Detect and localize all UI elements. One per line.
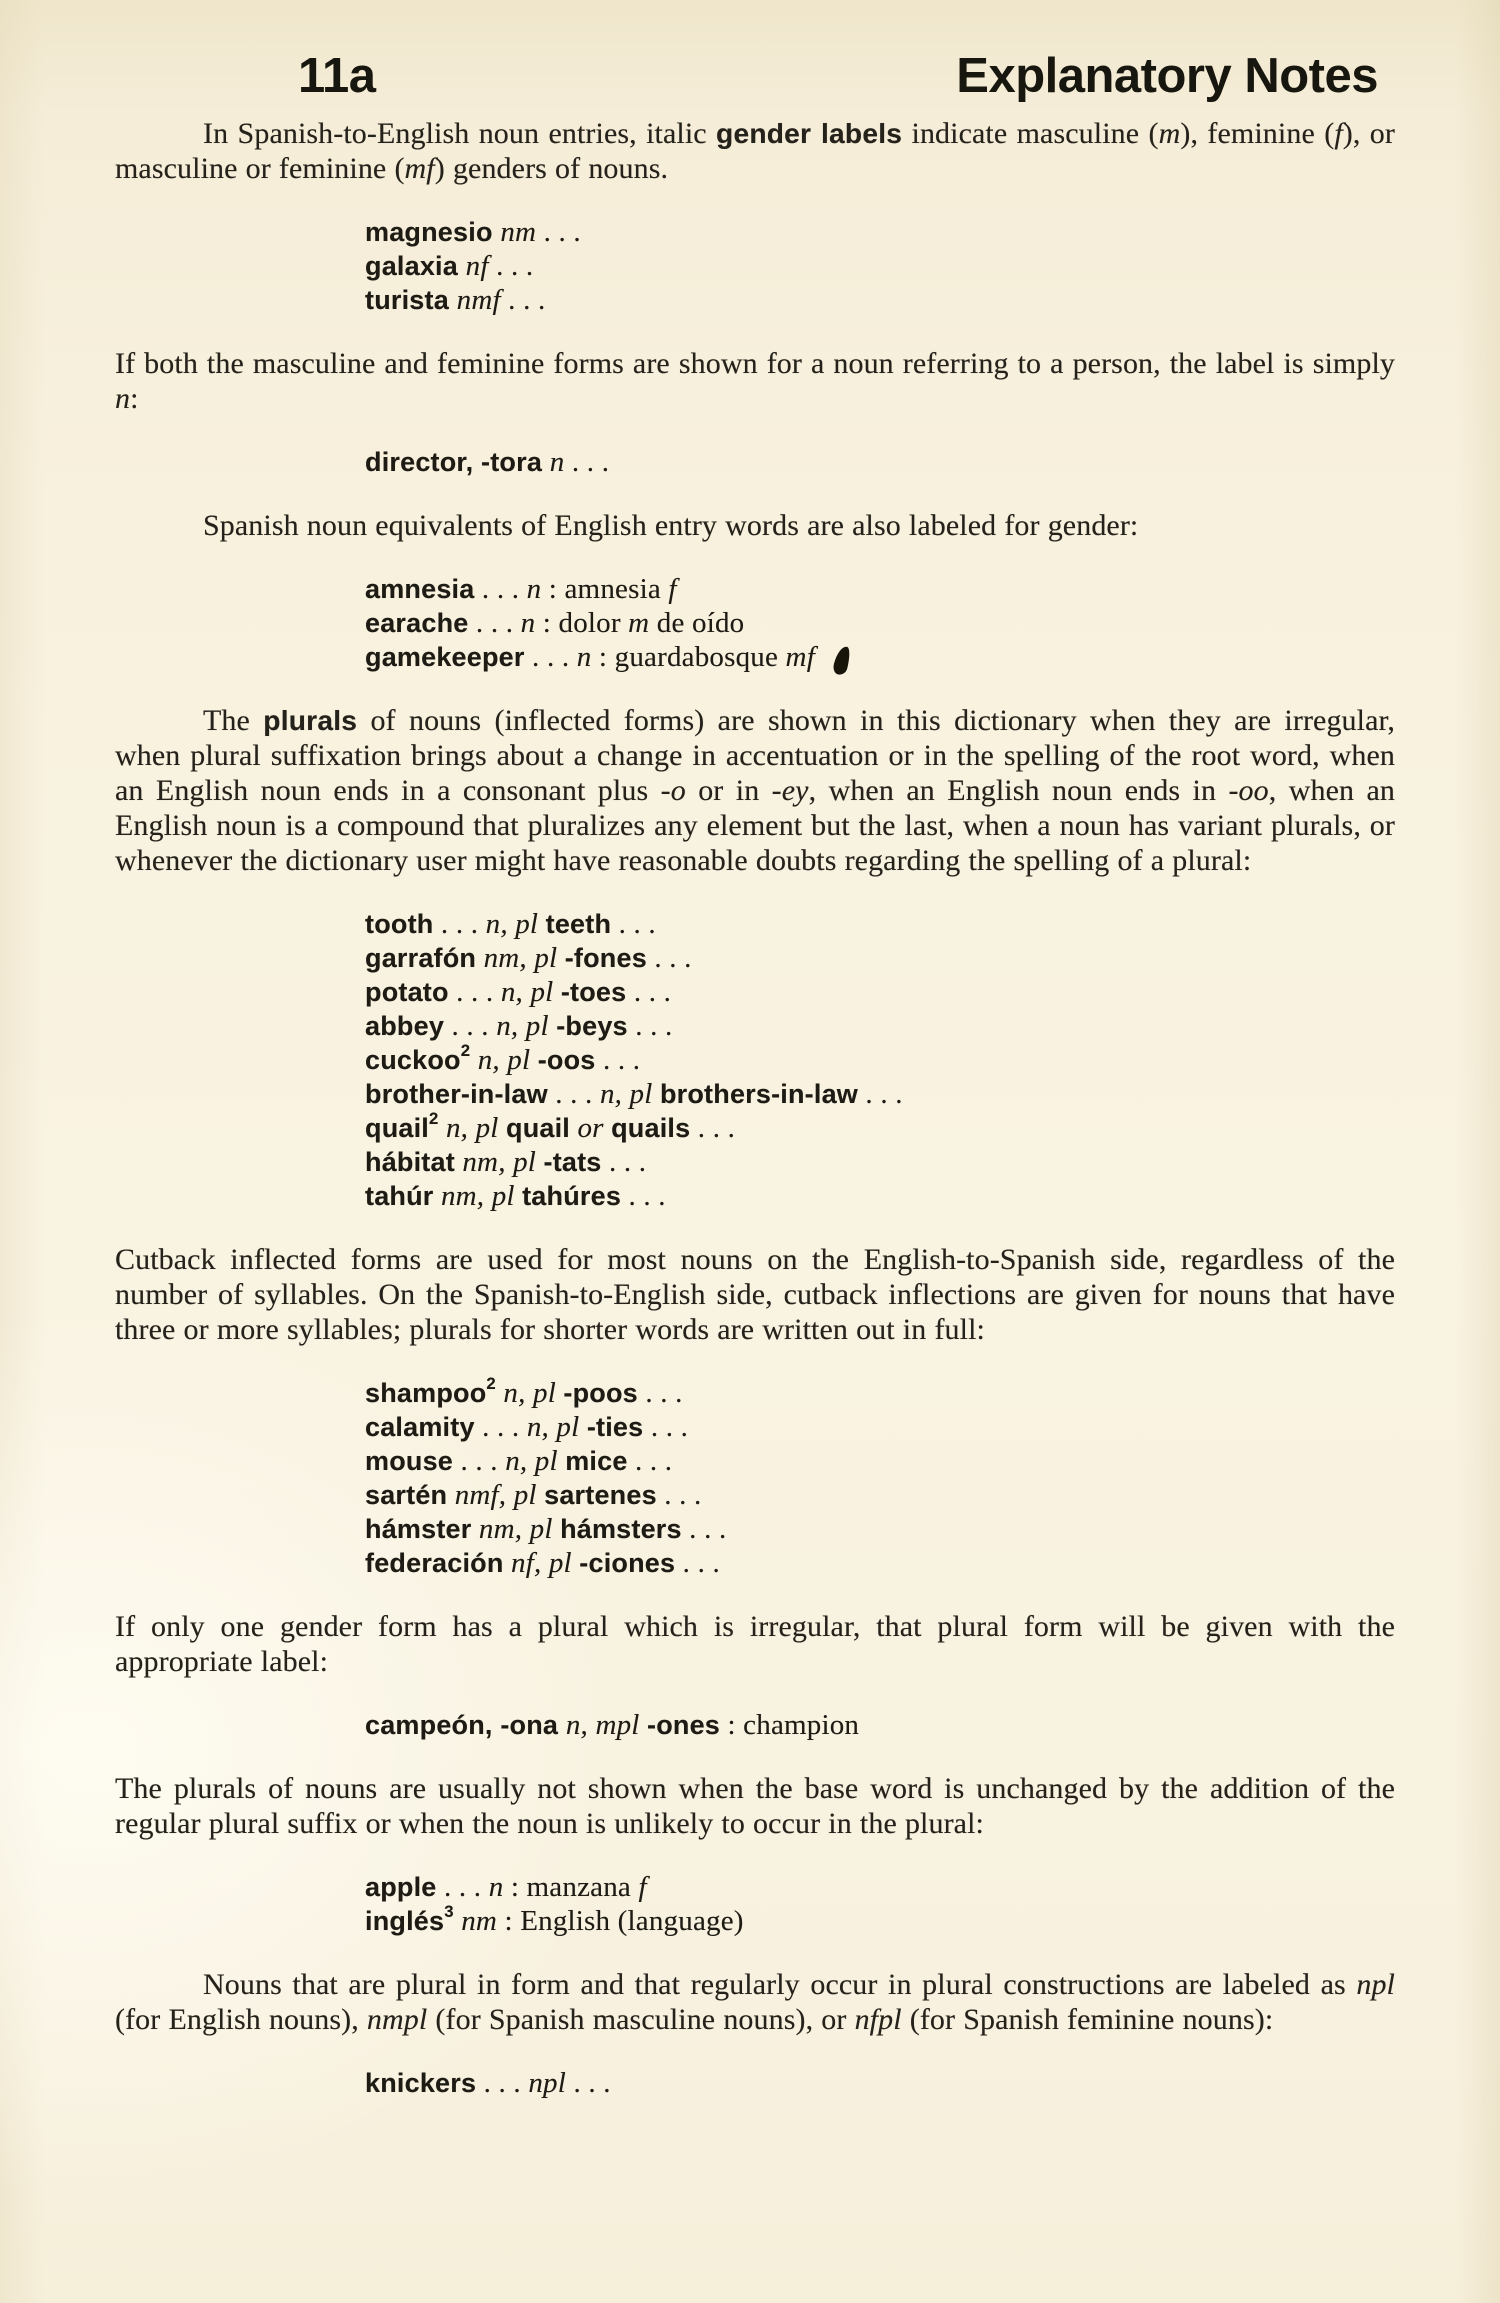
italic-label-run: nmf, pl [455, 1479, 537, 1511]
example-line: campeón, -ona n, mpl -ones : champion [365, 1708, 1395, 1742]
page-number: 11a [298, 50, 376, 102]
example-line: magnesio nm . . . [365, 215, 1395, 249]
text-run [579, 1411, 586, 1443]
italic-label-run: f [1334, 117, 1342, 150]
italic-label-run: n [115, 382, 130, 415]
text-run: : [130, 382, 138, 415]
text-run [604, 1112, 611, 1144]
text-run: . . . [437, 1871, 489, 1903]
example-block: knickers . . . npl . . . [365, 2066, 1395, 2100]
italic-label-run: n, pl [501, 976, 554, 1008]
boldface-run: earache [365, 608, 468, 638]
italic-label-run: mf [786, 641, 815, 673]
text-run [640, 1709, 647, 1741]
text-run: . . . [690, 1112, 735, 1144]
running-head-title: Explanatory Notes [956, 50, 1378, 102]
text-run: Cutback inflected forms are used for mos… [115, 1243, 1395, 1346]
text-run [536, 1146, 543, 1178]
text-run: . . . [657, 1479, 702, 1511]
italic-label-run: nm [461, 1905, 497, 1937]
text-run [653, 1078, 660, 1110]
text-run: . . . [501, 284, 546, 316]
boldface-run: knickers [365, 2068, 476, 2098]
boldface-run: calamity [365, 1412, 475, 1442]
boldface-run: galaxia [365, 251, 466, 281]
italic-label-run: m [1159, 117, 1181, 150]
boldface-run: -ties [587, 1412, 644, 1442]
boldface-run: campeón, -ona [365, 1710, 566, 1740]
boldface-run: brothers-in-law [660, 1079, 858, 1109]
text-run: . . . [596, 1044, 641, 1076]
example-block: magnesio nm . . .galaxia nf . . .turista… [365, 215, 1395, 317]
italic-label-run: nfpl [855, 2003, 902, 2036]
example-line: amnesia . . . n : amnesia f [365, 572, 1395, 606]
example-line: tahúr nm, pl tahúres . . . [365, 1179, 1395, 1213]
example-block: shampoo2 n, pl -poos . . .calamity . . .… [365, 1376, 1395, 1580]
example-line: potato . . . n, pl -toes . . . [365, 975, 1395, 1009]
italic-label-run: npl [1356, 1968, 1395, 2001]
italic-label-run: n [521, 607, 536, 639]
boldface-run: -fones [565, 943, 647, 973]
italic-label-run: n, pl [505, 1445, 558, 1477]
text-run [537, 1479, 544, 1511]
text-run [530, 1044, 537, 1076]
boldface-run: abbey [365, 1011, 444, 1041]
text-run: . . . [628, 1445, 673, 1477]
text-run [557, 942, 564, 974]
boldface-run: -toes [561, 977, 627, 1007]
italic-label-run: nm, pl [484, 942, 558, 974]
italic-label-run: nm, pl [441, 1180, 515, 1212]
text-run: The [203, 704, 263, 737]
text-run: : dolor [535, 607, 628, 639]
text-run: indicate masculine ( [902, 117, 1158, 150]
boldface-run: inglés [365, 1906, 444, 1936]
example-line: brother-in-law . . . n, pl brothers-in-l… [365, 1077, 1395, 1111]
example-line: earache . . . n : dolor m de oído [365, 606, 1395, 640]
text-run: If both the masculine and feminine forms… [115, 347, 1395, 380]
boldface-run: -oos [538, 1045, 596, 1075]
boldface-run: cuckoo [365, 1045, 461, 1075]
text-run: . . . [626, 976, 671, 1008]
text-run: or in [686, 774, 772, 807]
text-run: . . . [682, 1513, 727, 1545]
text-run: The plurals of nouns are usually not sho… [115, 1772, 1395, 1840]
text-run: . . . [638, 1377, 683, 1409]
text-run: , when an English noun ends in [809, 774, 1229, 807]
example-block: campeón, -ona n, mpl -ones : champion [365, 1708, 1395, 1742]
text-run: . . . [453, 1445, 505, 1477]
text-run: . . . [489, 250, 534, 282]
text-run: . . . [647, 942, 692, 974]
text-run: . . . [476, 2067, 528, 2099]
boldface-run: potato [365, 977, 449, 1007]
paragraph: In Spanish-to-English noun entries, ital… [115, 116, 1395, 186]
italic-label-run: nf [466, 250, 489, 282]
text-run [471, 1513, 478, 1545]
text-run: . . . [602, 1146, 647, 1178]
boldface-run: quail [506, 1113, 570, 1143]
italic-label-run: n, pl [486, 908, 539, 940]
example-block: tooth . . . n, pl teeth . . .garrafón nm… [365, 907, 1395, 1213]
text-run: ), feminine ( [1180, 117, 1334, 150]
text-run: : English (language) [497, 1905, 744, 1937]
text-run: . . . [449, 976, 501, 1008]
example-line: quail2 n, pl quail or quails . . . [365, 1111, 1395, 1145]
boldface-run: quail [365, 1113, 429, 1143]
italic-label-run: n, pl [600, 1078, 653, 1110]
boldface-run: brother-in-law [365, 1079, 548, 1109]
boldface-run: gamekeeper [365, 642, 525, 672]
text-run: : amnesia [541, 573, 668, 605]
text-run: . . . [475, 1411, 527, 1443]
paragraph: Cutback inflected forms are used for mos… [115, 1242, 1395, 1347]
example-line: federación nf, pl -ciones . . . [365, 1546, 1395, 1580]
boldface-run: garrafón [365, 943, 476, 973]
text-run [504, 1547, 511, 1579]
example-line: galaxia nf . . . [365, 249, 1395, 283]
italic-label-run: nmpl [367, 2003, 427, 2036]
paragraph: The plurals of nouns are usually not sho… [115, 1771, 1395, 1841]
boldface-run: -tats [544, 1147, 602, 1177]
italic-label-run: npl [528, 2067, 566, 2099]
text-run [434, 1180, 441, 1212]
text-run: In Spanish-to-English noun entries, ital… [203, 117, 716, 150]
dictionary-page-scan: 11a Explanatory Notes In Spanish-to-Engl… [0, 0, 1500, 2303]
text-run: . . . [621, 1180, 666, 1212]
boldface-run: turista [365, 285, 457, 315]
example-block: director, -tora n . . . [365, 445, 1395, 479]
example-line: garrafón nm, pl -fones . . . [365, 941, 1395, 975]
italic-label-run: nf, pl [511, 1547, 572, 1579]
paragraph: Nouns that are plural in form and that r… [115, 1967, 1395, 2037]
italic-label-run: nmf [457, 284, 501, 316]
italic-label-run: n [550, 446, 565, 478]
example-line: cuckoo2 n, pl -oos . . . [365, 1043, 1395, 1077]
example-line: director, -tora n . . . [365, 445, 1395, 479]
boldface-run: -ciones [579, 1548, 675, 1578]
boldface-run: -ones [647, 1710, 720, 1740]
italic-label-run: or [577, 1112, 603, 1144]
text-run [447, 1479, 454, 1511]
example-line: mouse . . . n, pl mice . . . [365, 1444, 1395, 1478]
boldface-run: tahúres [522, 1181, 621, 1211]
boldface-run: plurals [263, 704, 357, 736]
italic-label-run: f [668, 573, 676, 605]
text-run: ) genders of nouns. [435, 152, 668, 185]
text-run [470, 1044, 477, 1076]
text-run: . . . [548, 1078, 600, 1110]
text-run [553, 1513, 560, 1545]
boldface-run: hámster [365, 1514, 471, 1544]
text-run: (for English nouns), [115, 2003, 367, 2036]
ink-splotch [832, 645, 853, 677]
boldface-run: mouse [365, 1446, 453, 1476]
text-run: de oído [649, 607, 744, 639]
boldface-run: gender labels [716, 117, 902, 149]
example-line: shampoo2 n, pl -poos . . . [365, 1376, 1395, 1410]
text-run [499, 1112, 506, 1144]
text-run: . . . [525, 641, 577, 673]
example-block: amnesia . . . n : amnesia fearache . . .… [365, 572, 1395, 674]
text-run: . . . [858, 1078, 903, 1110]
boldface-run: hábitat [365, 1147, 455, 1177]
italic-label-run: n [527, 573, 542, 605]
boldface-run: tahúr [365, 1181, 434, 1211]
boldface-run: director, -tora [365, 447, 550, 477]
italic-label-run: n [577, 641, 592, 673]
italic-label-run: n, pl [527, 1411, 580, 1443]
example-line: hábitat nm, pl -tats . . . [365, 1145, 1395, 1179]
example-line: gamekeeper . . . n : guardabosque mf [365, 640, 1395, 674]
paragraph: The plurals of nouns (inflected forms) a… [115, 703, 1395, 878]
text-run: . . . [474, 573, 526, 605]
example-line: turista nmf . . . [365, 283, 1395, 317]
italic-label-run: n [489, 1871, 504, 1903]
boldface-run: teeth [546, 909, 612, 939]
text-run: Spanish noun equivalents of English entr… [203, 509, 1138, 542]
italic-label-run: nm, pl [462, 1146, 536, 1178]
boldface-run: quails [611, 1113, 690, 1143]
text-run: . . . [611, 908, 656, 940]
boldface-run: -poos [563, 1378, 638, 1408]
example-line: hámster nm, pl hámsters . . . [365, 1512, 1395, 1546]
text-run: . . . [566, 2067, 611, 2099]
text-run [538, 908, 545, 940]
example-line: abbey . . . n, pl -beys . . . [365, 1009, 1395, 1043]
boldface-run: tooth [365, 909, 433, 939]
page-header: 11a Explanatory Notes [0, 50, 1500, 102]
boldface-run: hámsters [560, 1514, 682, 1544]
paragraph: If both the masculine and feminine forms… [115, 346, 1395, 416]
boldface-run: apple [365, 1872, 437, 1902]
text-run: . . . [643, 1411, 688, 1443]
example-line: calamity . . . n, pl -ties . . . [365, 1410, 1395, 1444]
italic-label-run: f [638, 1871, 646, 1903]
text-run: : manzana [503, 1871, 638, 1903]
italic-label-run: -oo [1228, 774, 1268, 807]
text-run [553, 976, 560, 1008]
text-run: . . . [468, 607, 520, 639]
italic-label-run: -ey [772, 774, 809, 807]
italic-label-run: nm [500, 216, 536, 248]
italic-label-run: n, pl [496, 1010, 549, 1042]
boldface-run: magnesio [365, 217, 500, 247]
italic-label-run: -o [661, 774, 686, 807]
italic-label-run: n, pl [503, 1377, 556, 1409]
example-line: apple . . . n : manzana f [365, 1870, 1395, 1904]
text-run [515, 1180, 522, 1212]
paragraph: Spanish noun equivalents of English entr… [115, 508, 1395, 543]
text-run: . . . [675, 1547, 720, 1579]
example-block: apple . . . n : manzana finglés3 nm : En… [365, 1870, 1395, 1938]
text-run: . . . [444, 1010, 496, 1042]
example-line: tooth . . . n, pl teeth . . . [365, 907, 1395, 941]
example-line: knickers . . . npl . . . [365, 2066, 1395, 2100]
text-run [476, 942, 483, 974]
text-run: Nouns that are plural in form and that r… [203, 1968, 1356, 2001]
text-run: : champion [720, 1709, 859, 1741]
text-run: (for Spanish feminine nouns): [902, 2003, 1274, 2036]
text-run: . . . [564, 446, 609, 478]
italic-label-run: nm, pl [479, 1513, 553, 1545]
paragraph: If only one gender form has a plural whi… [115, 1609, 1395, 1679]
italic-label-run: n, pl [478, 1044, 531, 1076]
boldface-run: shampoo [365, 1378, 486, 1408]
text-run: If only one gender form has a plural whi… [115, 1610, 1395, 1678]
text-run [439, 1112, 446, 1144]
text-run: . . . [433, 908, 485, 940]
boldface-run: sartenes [544, 1480, 657, 1510]
text-run: (for Spanish masculine nouns), or [427, 2003, 854, 2036]
page-content: In Spanish-to-English noun entries, ital… [115, 116, 1395, 2129]
text-run: . . . [628, 1010, 673, 1042]
boldface-run: -beys [556, 1011, 628, 1041]
text-run: . . . [536, 216, 581, 248]
italic-label-run: mf [405, 152, 435, 185]
text-run: : guardabosque [591, 641, 785, 673]
example-line: inglés3 nm : English (language) [365, 1904, 1395, 1938]
boldface-run: amnesia [365, 574, 474, 604]
example-line: sartén nmf, pl sartenes . . . [365, 1478, 1395, 1512]
boldface-run: mice [565, 1446, 627, 1476]
italic-label-run: n, mpl [566, 1709, 640, 1741]
italic-label-run: n, pl [446, 1112, 499, 1144]
boldface-run: federación [365, 1548, 504, 1578]
boldface-run: sartén [365, 1480, 447, 1510]
italic-label-run: m [628, 607, 649, 639]
